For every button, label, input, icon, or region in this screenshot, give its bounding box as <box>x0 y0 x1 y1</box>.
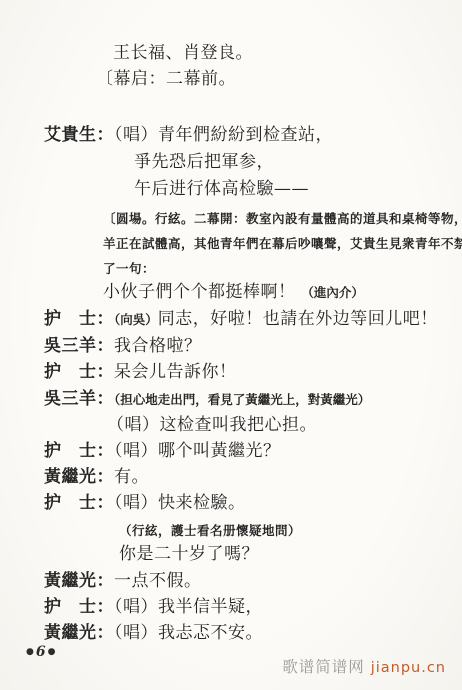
stage-direction-text: 羊正在試體高，其他青年們在幕后吵嚷聲，艾貴生見衆青年不禁贊 <box>103 236 462 251</box>
speaker-name: 护 士： <box>44 362 114 382</box>
script-line: 艾貴生：（唱）青年們紛紛到检查站， <box>44 124 333 146</box>
watermark: 歌谱简谱网 jianpu.cn <box>282 655 446 677</box>
script-line: 护 士：（唱）我半信半疑， <box>44 596 263 618</box>
dialogue-text: 你是二十岁了嗎？ <box>119 544 259 564</box>
stage-direction-line: 〔圆場。行絃。二幕開：教室內設有量體高的道具和桌椅等物，吳三 <box>103 208 462 230</box>
dialogue-text: 午后进行体高检驗—— <box>134 179 309 199</box>
stage-direction-inline: （向吳） <box>114 312 158 327</box>
speaker-name: 护 士： <box>44 309 114 329</box>
script-line: （唱）这检查叫我把心担。 <box>107 414 317 436</box>
page-number-value: 6 <box>36 644 48 660</box>
script-line: 你是二十岁了嗎？ <box>119 543 259 565</box>
speaker-name: 护 士： <box>44 493 114 513</box>
scanned-script-page: 王长福、肖登良。 〔幕启：二幕前。 艾貴生：（唱）青年們紛紛到检查站， 爭先恐后… <box>0 0 462 690</box>
script-line: 黃繼光：一点不假。 <box>44 570 202 592</box>
script-line: 吳三羊：（担心地走出門，看見了黃繼光上，對黃繼光） <box>44 388 370 411</box>
script-line: 小伙子們个个都挺棒啊！ （進內介） <box>103 281 364 304</box>
speaker-name: 护 士： <box>44 441 114 461</box>
stage-direction-line: （行絃，護士看名册懷疑地問） <box>119 520 301 542</box>
script-line: 王长福、肖登良。 <box>113 42 253 64</box>
script-line: 护 士：（唱）快来检驗。 <box>44 492 246 514</box>
dialogue-text: 有。 <box>114 467 149 487</box>
stage-direction-text: 〔圆場。行絃。二幕開：教室內設有量體高的道具和桌椅等物，吳三 <box>103 211 462 226</box>
watermark-site-name: 歌谱简谱网 <box>282 658 365 676</box>
dialogue-text: （唱）这检查叫我把心担。 <box>107 415 317 435</box>
speaker-name: 吳三羊： <box>44 336 114 356</box>
speaker-name: 吳三羊： <box>44 389 114 409</box>
page-number-dot: ● <box>26 647 36 657</box>
speaker-name: 黃繼光： <box>44 623 114 643</box>
dialogue-text: 呆会儿告訴你！ <box>114 362 237 382</box>
page-number-dot: ● <box>48 647 58 657</box>
page-number: ●6● <box>26 644 57 660</box>
script-line: 午后进行体高检驗—— <box>134 178 309 200</box>
script-line: 爭先恐后把軍参， <box>134 151 274 173</box>
dialogue-text: （唱）青年們紛紛到检查站， <box>114 125 333 145</box>
dialogue-text: 我合格啦？ <box>114 336 202 356</box>
dialogue-text: （唱）快来检驗。 <box>114 493 246 513</box>
speaker-name: 黃繼光： <box>44 467 114 487</box>
script-line: 护 士：呆会儿告訴你！ <box>44 361 237 383</box>
speaker-name: 艾貴生： <box>44 125 114 145</box>
stage-direction-line: 了一句： <box>103 258 155 280</box>
script-line: 护 士：（向吳）同志，好啦！也請在外边等回儿吧！ <box>44 308 438 331</box>
dialogue-text: （唱）我半信半疑， <box>114 597 263 617</box>
stage-direction-inline: （担心地走出門，看見了黃繼光上，對黃繼光） <box>114 392 370 407</box>
dialogue-text: 爭先恐后把軍参， <box>134 152 274 172</box>
script-line: 黃繼光：（唱）我忐忑不安。 <box>44 622 263 644</box>
script-line: 黃繼光：有。 <box>44 466 149 488</box>
stage-direction-text: （行絃，護士看名册懷疑地問） <box>119 523 301 538</box>
script-line: 护 士：（唱）哪个叫黃繼光？ <box>44 440 281 462</box>
cast-list-text: 王长福、肖登良。 <box>113 43 253 63</box>
speaker-name: 黃繼光： <box>44 571 114 591</box>
speaker-name: 护 士： <box>44 597 114 617</box>
script-line: 〔幕启：二幕前。 <box>96 68 236 90</box>
script-line: 吳三羊：我合格啦？ <box>44 335 202 357</box>
dialogue-text: 小伙子們个个都挺棒啊！ <box>103 282 296 302</box>
dialogue-text: （唱）我忐忑不安。 <box>114 623 263 643</box>
stage-direction-line: 羊正在試體高，其他青年們在幕后吵嚷聲，艾貴生見衆青年不禁贊 <box>103 233 462 255</box>
dialogue-text: （唱）哪个叫黃繼光？ <box>114 441 281 461</box>
watermark-site-url: jianpu.cn <box>371 660 446 676</box>
stage-note-text: 〔幕启：二幕前。 <box>96 69 236 89</box>
stage-direction-inline: （進內介） <box>301 285 364 300</box>
dialogue-text: 一点不假。 <box>114 571 202 591</box>
stage-direction-text: 了一句： <box>103 261 155 276</box>
dialogue-text: 同志，好啦！也請在外边等回儿吧！ <box>158 309 438 329</box>
